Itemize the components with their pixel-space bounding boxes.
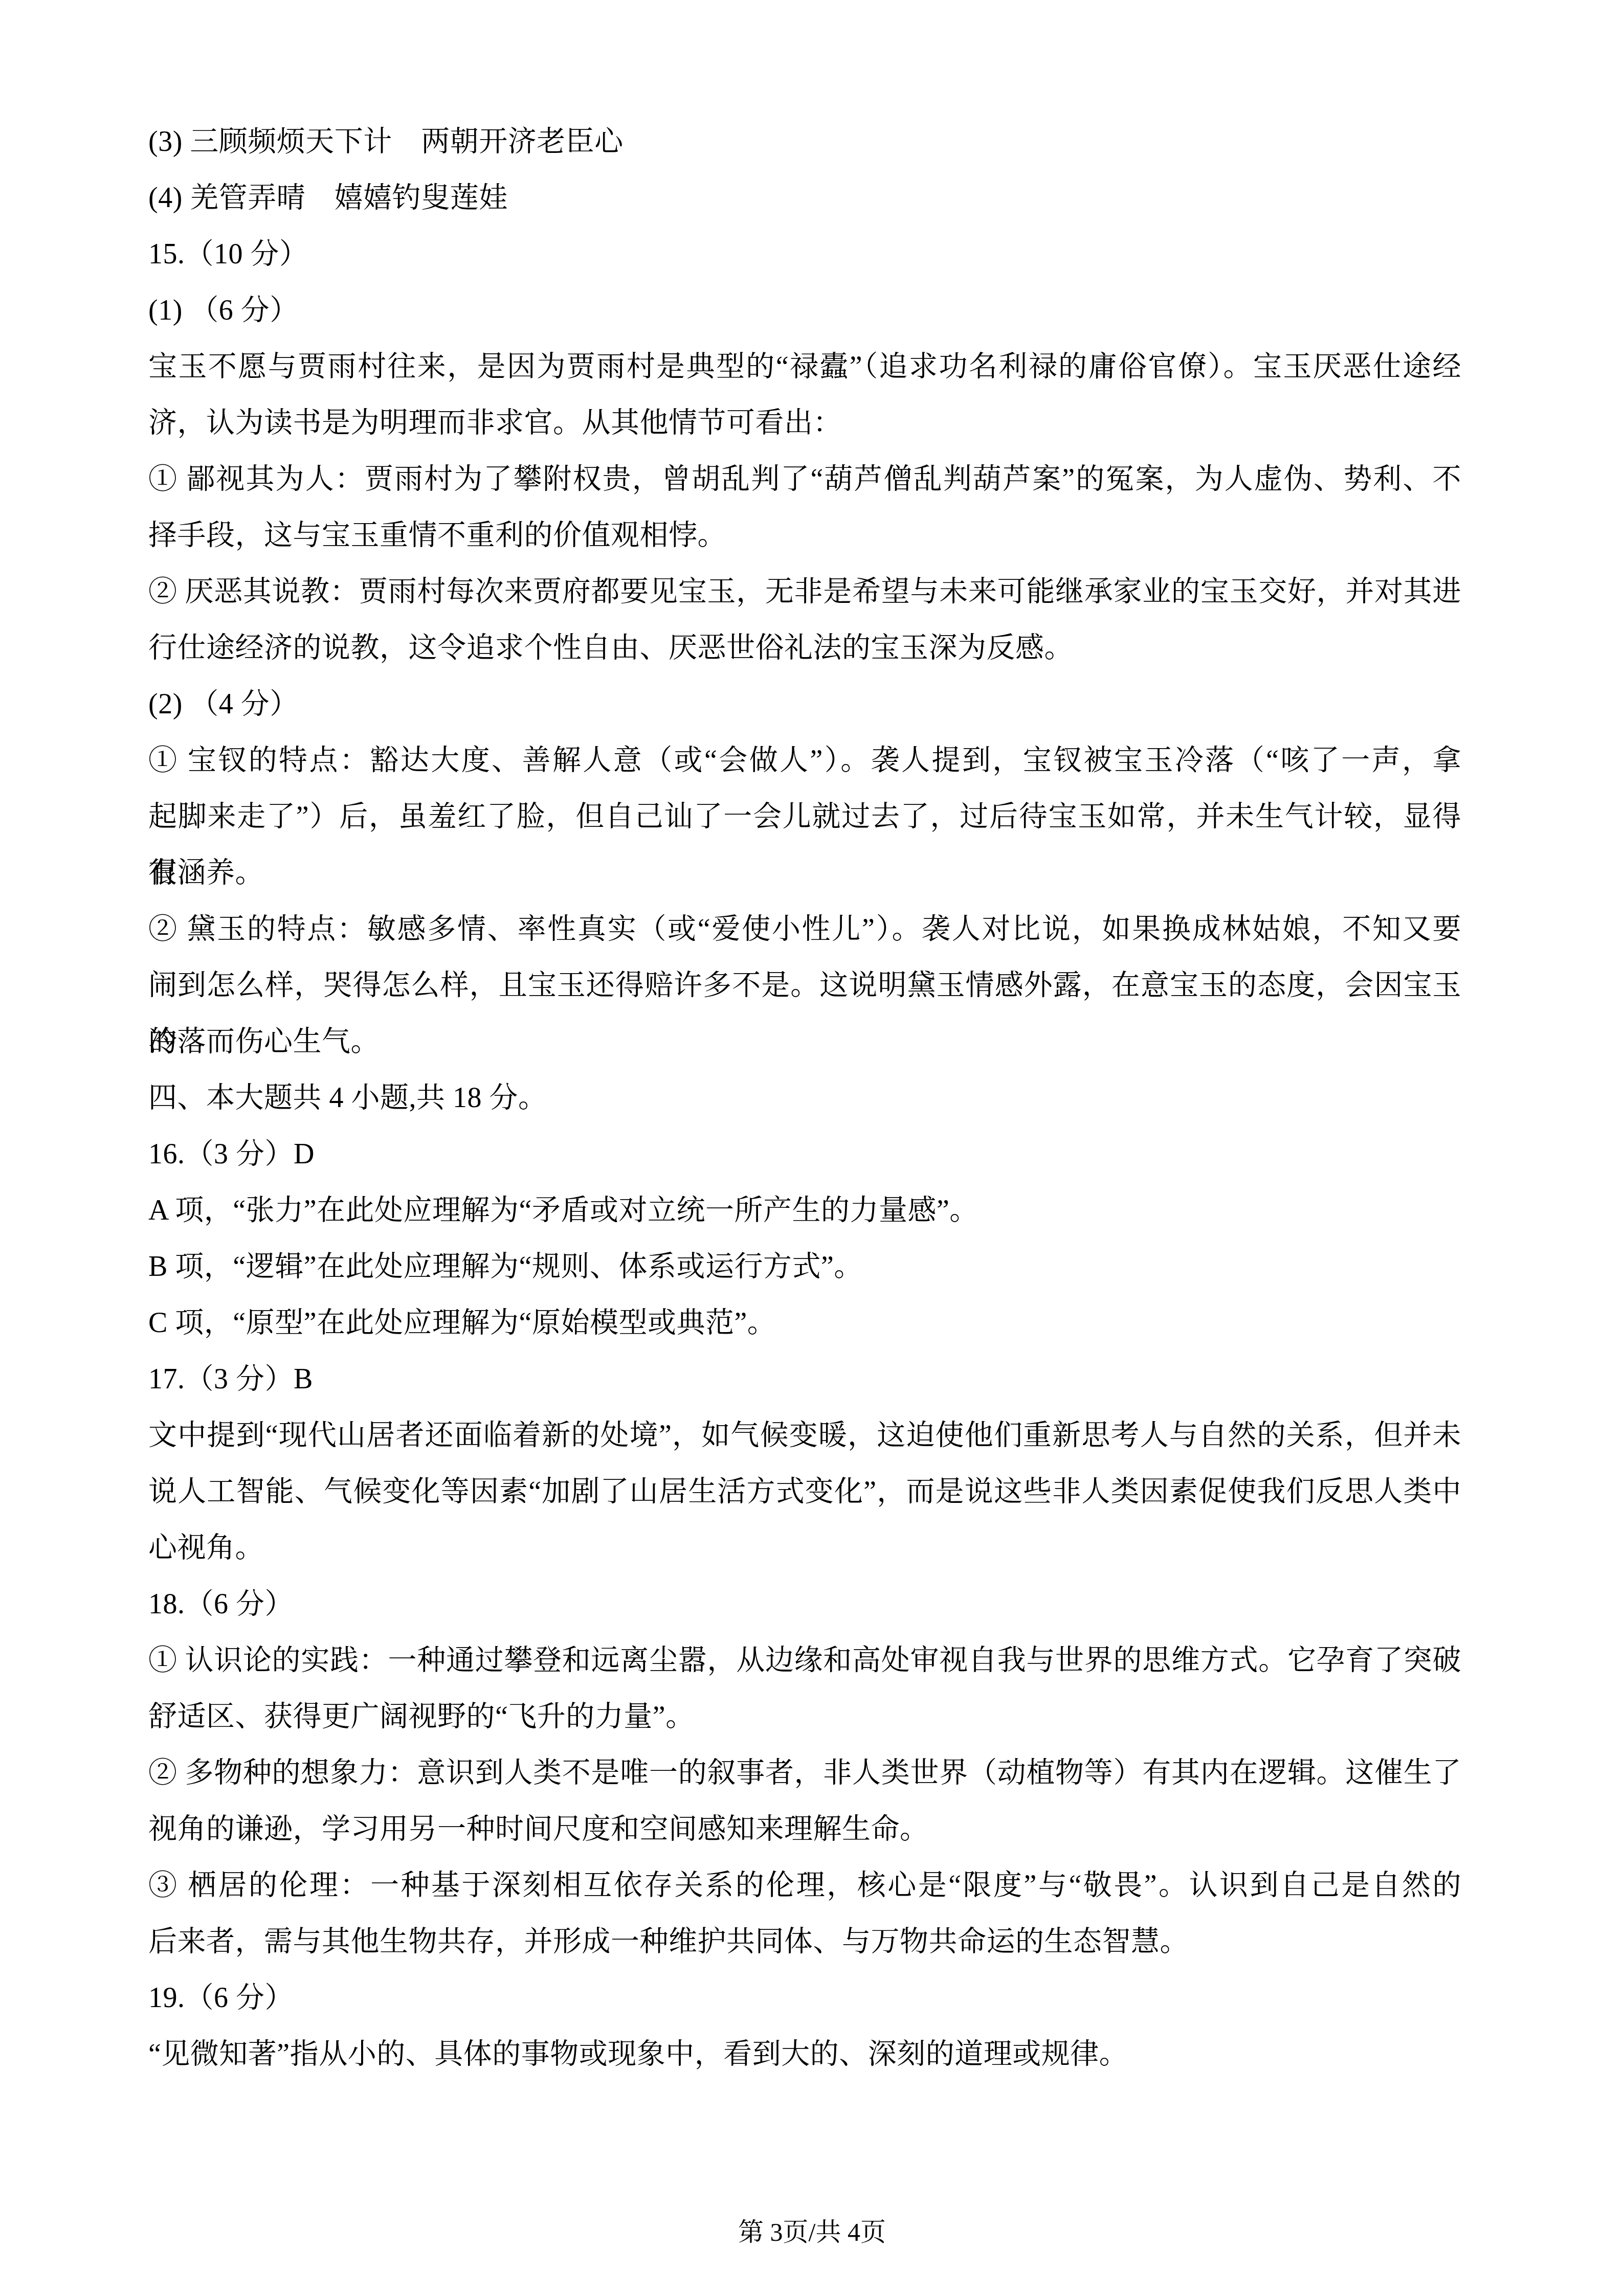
text-line: (3) 三顾频烦天下计 两朝开济老臣心 [148,114,1461,170]
text-line: 15.（10 分） [148,226,1461,282]
text-line: 心视角。 [148,1520,1461,1576]
answer-text-block: (3) 三顾频烦天下计 两朝开济老臣心(4) 羌管弄晴 嬉嬉钓叟莲娃15.（10… [148,114,1461,2082]
text-line: ① 宝钗的特点：豁达大度、善解人意（或“会做人”）。袭人提到，宝钗被宝玉冷落（“… [148,732,1461,789]
text-line: ① 鄙视其为人：贾雨村为了攀附权贵，曾胡乱判了“葫芦僧乱判葫芦案”的冤案，为人虚… [148,451,1461,507]
text-line: 17.（3 分）B [148,1351,1461,1407]
text-line: ② 多物种的想象力：意识到人类不是唯一的叙事者，非人类世界（动植物等）有其内在逻… [148,1745,1461,1801]
text-line: 18.（6 分） [148,1576,1461,1632]
text-line: 16.（3 分）D [148,1126,1461,1182]
text-line: 19.（6 分） [148,1970,1461,2026]
page-number-footer: 第 3页/共 4页 [0,2214,1624,2250]
text-line: C 项，“原型”在此处应理解为“原始模型或典范”。 [148,1295,1461,1351]
text-line: A 项，“张力”在此处应理解为“矛盾或对立统一所产生的力量感”。 [148,1182,1461,1239]
text-line: 文中提到“现代山居者还面临着新的处境”，如气候变暖，这迫使他们重新思考人与自然的… [148,1407,1461,1464]
text-line: B 项，“逻辑”在此处应理解为“规则、体系或运行方式”。 [148,1239,1461,1295]
text-line: (2) （4 分） [148,676,1461,732]
text-line: 济，认为读书是为明理而非求官。从其他情节可看出： [148,395,1461,451]
document-page-root: { "page": { "lines": [ { "text": "(3) 三顾… [0,0,1624,2296]
text-line: ③ 栖居的伦理：一种基于深刻相互依存关系的伦理，核心是“限度”与“敬畏”。认识到… [148,1857,1461,1914]
text-line: ① 认识论的实践：一种通过攀登和远离尘嚣，从边缘和高处审视自我与世界的思维方式。… [148,1632,1461,1689]
text-line: 视角的谦逊，学习用另一种时间尺度和空间感知来理解生命。 [148,1801,1461,1857]
text-line: 择手段，这与宝玉重情不重利的价值观相悖。 [148,507,1461,564]
text-line: 舒适区、获得更广阔视野的“飞升的力量”。 [148,1689,1461,1745]
text-line: 起脚来走了”）后，虽羞红了脸，但自己讪了一会儿就过去了，过后待宝玉如常，并未生气… [148,789,1461,845]
answer-sheet-page: (3) 三顾频烦天下计 两朝开济老臣心(4) 羌管弄晴 嬉嬉钓叟莲娃15.（10… [0,0,1624,2296]
text-line: 闹到怎么样，哭得怎么样，且宝玉还得赔许多不是。这说明黛玉情感外露，在意宝玉的态度… [148,957,1461,1014]
text-line: “见微知著”指从小的、具体的事物或现象中，看到大的、深刻的道理或规律。 [148,2026,1461,2082]
text-line: 行仕途经济的说教，这令追求个性自由、厌恶世俗礼法的宝玉深为反感。 [148,620,1461,676]
text-line: (4) 羌管弄晴 嬉嬉钓叟莲娃 [148,170,1461,226]
text-line: (1) （6 分） [148,282,1461,339]
page-number-text: 第 3页/共 4页 [738,2218,886,2246]
text-line: 宝玉不愿与贾雨村往来，是因为贾雨村是典型的“禄蠹”（追求功名利禄的庸俗官僚）。宝… [148,339,1461,395]
text-line: 有涵养。 [148,845,1461,901]
text-line: 冷落而伤心生气。 [148,1014,1461,1070]
text-line: ② 厌恶其说教：贾雨村每次来贾府都要见宝玉，无非是希望与未来可能继承家业的宝玉交… [148,564,1461,620]
text-line: 四、本大题共 4 小题,共 18 分。 [148,1070,1461,1126]
text-line: 说人工智能、气候变化等因素“加剧了山居生活方式变化”，而是说这些非人类因素促使我… [148,1464,1461,1520]
text-line: 后来者，需与其他生物共存，并形成一种维护共同体、与万物共命运的生态智慧。 [148,1914,1461,1970]
text-line: ② 黛玉的特点：敏感多情、率性真实（或“爱使小性儿”）。袭人对比说，如果换成林姑… [148,901,1461,957]
